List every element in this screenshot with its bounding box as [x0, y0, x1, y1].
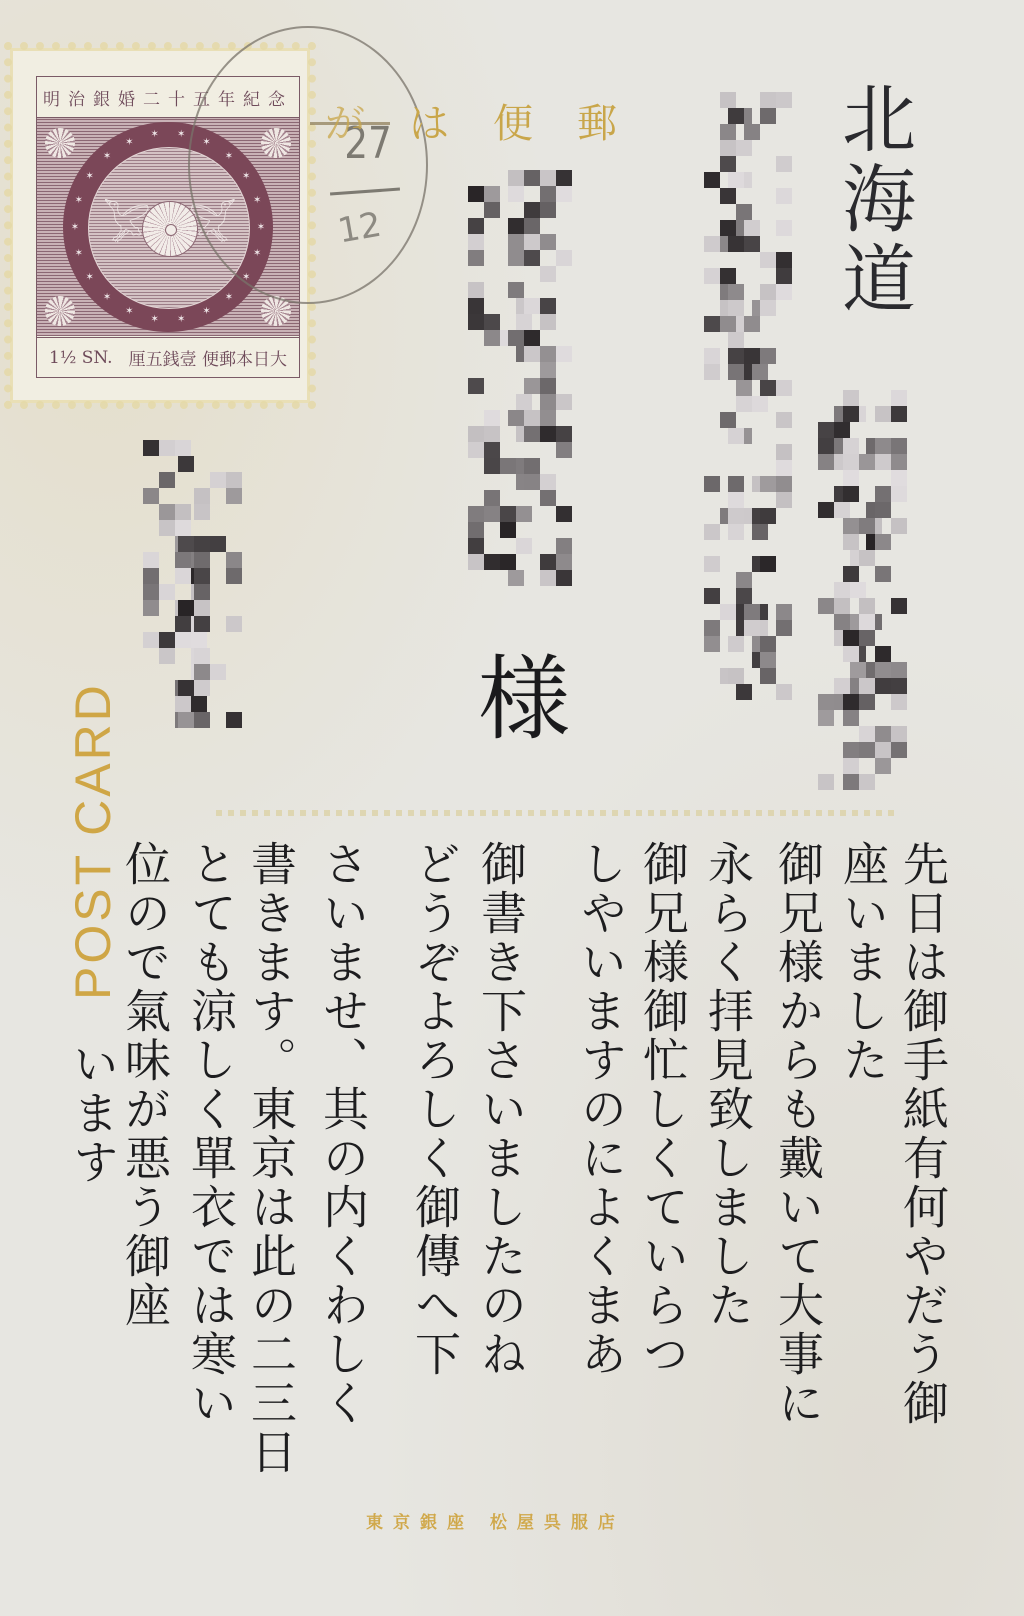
mosaic-pixel: [776, 220, 792, 236]
mosaic-pixel: [704, 588, 720, 604]
mosaic-pixel: [720, 220, 736, 236]
mosaic-pixel: [850, 582, 866, 598]
mosaic-pixel: [744, 316, 760, 332]
mosaic-pixel: [159, 520, 175, 536]
mosaic-pixel: [744, 124, 760, 140]
mosaic-pixel: [891, 662, 907, 678]
header-char: 郵: [577, 92, 617, 149]
star-icon: ✶: [224, 293, 233, 302]
mosaic-pixel: [556, 570, 572, 586]
mosaic-pixel: [556, 506, 572, 522]
mosaic-pixel: [843, 454, 859, 470]
mosaic-pixel: [524, 474, 540, 490]
mosaic-pixel: [859, 550, 875, 566]
mosaic-pixel: [508, 570, 524, 586]
mosaic-pixel: [859, 454, 875, 470]
stamp-denomination-jp: 大日本郵便 壹銭五厘: [129, 345, 287, 370]
mosaic-pixel: [175, 440, 191, 456]
star-icon: ✶: [150, 315, 159, 324]
mosaic-pixel: [508, 186, 524, 202]
mosaic-pixel: [728, 284, 744, 300]
mosaic-pixel: [484, 410, 500, 426]
star-icon: ✶: [125, 307, 134, 316]
mosaic-pixel: [875, 566, 891, 582]
mosaic-pixel: [226, 712, 242, 728]
mosaic-pixel: [210, 472, 226, 488]
mosaic-pixel: [500, 506, 516, 522]
mosaic-pixel: [704, 636, 720, 652]
mosaic-pixel: [776, 188, 792, 204]
mosaic-pixel: [843, 758, 859, 774]
mosaic-pixel: [194, 600, 210, 616]
mosaic-pixel: [818, 710, 834, 726]
printed-header: 郵 便 は が: [325, 92, 617, 149]
mosaic-pixel: [720, 188, 736, 204]
mosaic-pixel: [540, 362, 556, 378]
mosaic-pixel: [194, 488, 210, 504]
mosaic-pixel: [540, 170, 556, 186]
mosaic-pixel: [226, 488, 242, 504]
mosaic-pixel: [178, 680, 194, 696]
mosaic-pixel: [540, 426, 556, 442]
mosaic-pixel: [736, 684, 752, 700]
mosaic-pixel: [508, 330, 524, 346]
mosaic-pixel: [175, 552, 191, 568]
star-icon: ✶: [150, 130, 159, 139]
mosaic-pixel: [484, 458, 500, 474]
mosaic-pixel: [704, 316, 720, 332]
header-char: が: [325, 92, 365, 149]
mosaic-pixel: [468, 234, 484, 250]
mosaic-pixel: [891, 742, 907, 758]
address-message-divider: [210, 810, 900, 816]
mosaic-pixel: [875, 454, 891, 470]
mosaic-pixel: [728, 476, 744, 492]
mosaic-pixel: [720, 604, 736, 620]
recipient-honorific: 様: [450, 650, 582, 742]
mosaic-pixel: [776, 444, 792, 460]
mosaic-pixel: [524, 218, 540, 234]
star-icon: ✶: [74, 249, 83, 258]
mosaic-pixel: [736, 380, 752, 396]
mosaic-pixel: [704, 348, 720, 364]
message-column: 御書き下さいましたのね: [478, 840, 524, 1379]
mosaic-pixel: [744, 604, 760, 620]
message-column: 座いました: [840, 840, 886, 1085]
mosaic-pixel: [226, 472, 242, 488]
mosaic-pixel: [760, 108, 776, 124]
mosaic-pixel: [728, 172, 744, 188]
mosaic-pixel: [704, 524, 720, 540]
mosaic-pixel: [891, 486, 907, 502]
message-column: 位ので氣味が悪う御座: [122, 840, 168, 1330]
mosaic-pixel: [704, 364, 720, 380]
mosaic-pixel: [524, 346, 540, 362]
mosaic-pixel: [720, 156, 736, 172]
mosaic-pixel: [834, 582, 850, 598]
header-char: 便: [493, 92, 533, 149]
mosaic-pixel: [143, 440, 159, 456]
mosaic-pixel: [776, 412, 792, 428]
mosaic-pixel: [875, 534, 891, 550]
message-column: 書きます。東京は此の二三日: [248, 840, 294, 1477]
mosaic-pixel: [760, 252, 776, 268]
mosaic-pixel: [818, 502, 834, 518]
printer-imprint: 東京銀座 松屋呉服店: [366, 1508, 625, 1533]
star-icon: ✶: [85, 172, 94, 181]
mosaic-pixel: [508, 282, 524, 298]
mosaic-pixel: [468, 426, 484, 442]
mosaic-pixel: [175, 696, 191, 712]
mosaic-pixel: [776, 620, 792, 636]
mosaic-pixel: [540, 234, 556, 250]
imperial-chrysanthemum-icon: [142, 201, 198, 257]
mosaic-pixel: [556, 394, 572, 410]
mosaic-pixel: [556, 186, 572, 202]
address-prefecture: 北海道: [820, 80, 926, 320]
mosaic-pixel: [850, 662, 866, 678]
mosaic-pixel: [728, 428, 744, 444]
mosaic-pixel: [524, 330, 540, 346]
mosaic-pixel: [875, 726, 891, 742]
message-column: しやいますのによくまあ: [578, 840, 624, 1379]
mosaic-pixel: [891, 518, 907, 534]
mosaic-pixel: [191, 696, 207, 712]
mosaic-pixel: [468, 506, 484, 522]
mosaic-pixel: [704, 556, 720, 572]
mosaic-pixel: [760, 300, 776, 316]
mosaic-pixel: [468, 218, 484, 234]
mosaic-pixel: [178, 600, 194, 616]
mosaic-pixel: [776, 460, 792, 476]
mosaic-pixel: [540, 202, 556, 218]
mosaic-pixel: [843, 694, 859, 710]
mosaic-pixel: [484, 554, 500, 570]
mosaic-pixel: [776, 252, 792, 268]
star-icon: ✶: [103, 293, 112, 302]
mosaic-pixel: [194, 568, 210, 584]
mosaic-pixel: [194, 616, 210, 632]
stamp-denomination-latin: 1½ SN.: [49, 348, 113, 368]
mosaic-pixel: [540, 570, 556, 586]
mosaic-pixel: [752, 364, 768, 380]
mosaic-pixel: [891, 454, 907, 470]
mosaic-pixel: [843, 486, 859, 502]
mosaic-pixel: [143, 584, 159, 600]
mosaic-pixel: [704, 620, 720, 636]
mosaic-pixel: [859, 742, 875, 758]
mosaic-pixel: [508, 170, 524, 186]
mosaic-pixel: [540, 378, 556, 394]
mosaic-pixel: [843, 630, 859, 646]
chrysanthemum-icon: [45, 128, 75, 158]
mosaic-pixel: [524, 170, 540, 186]
mosaic-pixel: [891, 406, 907, 422]
mosaic-pixel: [744, 348, 760, 364]
mosaic-pixel: [484, 202, 500, 218]
mosaic-pixel: [776, 156, 792, 172]
mosaic-pixel: [843, 646, 859, 662]
mosaic-pixel: [776, 684, 792, 700]
message-column: 御兄様からも戴いて大事に: [775, 840, 821, 1428]
mosaic-pixel: [875, 406, 891, 422]
mosaic-pixel: [776, 284, 792, 300]
mosaic-pixel: [843, 470, 859, 486]
mosaic-pixel: [556, 538, 572, 554]
mosaic-pixel: [818, 694, 834, 710]
mosaic-pixel: [875, 646, 891, 662]
mosaic-pixel: [891, 438, 907, 454]
star-icon: ✶: [85, 273, 94, 282]
mosaic-pixel: [891, 726, 907, 742]
mosaic-pixel: [891, 390, 907, 406]
mosaic-pixel: [859, 678, 875, 694]
star-icon: ✶: [71, 223, 80, 232]
mosaic-pixel: [226, 552, 242, 568]
mosaic-pixel: [728, 236, 744, 252]
mosaic-pixel: [191, 632, 207, 648]
mosaic-pixel: [891, 694, 907, 710]
mosaic-pixel: [891, 598, 907, 614]
postcard: 明治銀婚二十五年紀念 𓅯 𓅯 ✶✶✶✶✶✶✶✶✶✶✶✶✶✶✶✶✶✶✶✶✶✶ 1½…: [0, 0, 1024, 1616]
mosaic-pixel: [728, 492, 744, 508]
mosaic-pixel: [524, 202, 540, 218]
mosaic-pixel: [760, 636, 776, 652]
mosaic-pixel: [484, 314, 500, 330]
mosaic-pixel: [720, 412, 736, 428]
mosaic-pixel: [556, 554, 572, 570]
mosaic-pixel: [226, 616, 242, 632]
mosaic-pixel: [524, 298, 540, 314]
mosaic-pixel: [744, 220, 760, 236]
mosaic-pixel: [736, 588, 752, 604]
mosaic-pixel: [175, 520, 191, 536]
mosaic-pixel: [194, 680, 210, 696]
mosaic-pixel: [760, 284, 776, 300]
mosaic-pixel: [524, 234, 540, 250]
star-icon: ✶: [177, 130, 186, 139]
mosaic-pixel: [843, 438, 859, 454]
mosaic-pixel: [720, 124, 736, 140]
mosaic-pixel: [704, 476, 720, 492]
mosaic-pixel: [524, 410, 540, 426]
mosaic-pixel: [556, 426, 572, 442]
mosaic-pixel: [500, 522, 516, 538]
mosaic-pixel: [843, 774, 859, 790]
header-char: は: [409, 92, 449, 149]
mosaic-pixel: [818, 422, 834, 438]
mosaic-pixel: [752, 396, 768, 412]
mosaic-pixel: [540, 410, 556, 426]
mosaic-pixel: [556, 346, 572, 362]
mosaic-pixel: [818, 598, 834, 614]
mosaic-pixel: [524, 250, 540, 266]
mosaic-pixel: [159, 584, 175, 600]
mosaic-pixel: [720, 268, 736, 284]
mosaic-pixel: [843, 710, 859, 726]
mosaic-pixel: [540, 474, 556, 490]
mosaic-pixel: [744, 620, 760, 636]
message-column: 永らく拝見致しました: [705, 840, 751, 1330]
mosaic-pixel: [143, 632, 159, 648]
mosaic-pixel: [540, 394, 556, 410]
mosaic-pixel: [752, 524, 768, 540]
mosaic-pixel: [175, 616, 191, 632]
mosaic-pixel: [524, 426, 540, 442]
mosaic-pixel: [736, 140, 752, 156]
mosaic-pixel: [760, 668, 776, 684]
mosaic-pixel: [859, 630, 875, 646]
mosaic-pixel: [728, 524, 744, 540]
mosaic-pixel: [210, 536, 226, 552]
mosaic-pixel: [818, 454, 834, 470]
postmark-month: 12: [335, 205, 385, 252]
mosaic-pixel: [760, 348, 776, 364]
mosaic-pixel: [728, 364, 744, 380]
mosaic-pixel: [194, 712, 210, 728]
mosaic-pixel: [516, 314, 532, 330]
mosaic-pixel: [859, 614, 875, 630]
mosaic-pixel: [159, 632, 175, 648]
postmark-circle: [188, 26, 428, 304]
mosaic-pixel: [556, 442, 572, 458]
mosaic-pixel: [728, 332, 744, 348]
mosaic-pixel: [720, 316, 736, 332]
mosaic-pixel: [540, 314, 556, 330]
mosaic-pixel: [175, 504, 191, 520]
star-icon: ✶: [177, 315, 186, 324]
mosaic-pixel: [484, 490, 500, 506]
mosaic-pixel: [859, 694, 875, 710]
mosaic-pixel: [728, 668, 744, 684]
mosaic-pixel: [728, 636, 744, 652]
mosaic-pixel: [524, 378, 540, 394]
mosaic-pixel: [194, 504, 210, 520]
mosaic-pixel: [143, 568, 159, 584]
mosaic-pixel: [468, 186, 484, 202]
mosaic-pixel: [760, 92, 776, 108]
mosaic-pixel: [468, 314, 484, 330]
mosaic-pixel: [818, 774, 834, 790]
mosaic-pixel: [875, 502, 891, 518]
mosaic-pixel: [891, 470, 907, 486]
mosaic-pixel: [159, 440, 175, 456]
mosaic-pixel: [484, 330, 500, 346]
mosaic-pixel: [178, 712, 194, 728]
mosaic-pixel: [776, 268, 792, 284]
mosaic-pixel: [875, 758, 891, 774]
mosaic-pixel: [194, 552, 210, 568]
mosaic-pixel: [760, 508, 776, 524]
mosaic-pixel: [516, 394, 532, 410]
mosaic-pixel: [178, 456, 194, 472]
mosaic-pixel: [468, 522, 484, 538]
mosaic-pixel: [891, 678, 907, 694]
mosaic-pixel: [194, 664, 210, 680]
mosaic-pixel: [728, 348, 744, 364]
mosaic-pixel: [843, 518, 859, 534]
mosaic-pixel: [175, 568, 191, 584]
mosaic-pixel: [859, 774, 875, 790]
mosaic-pixel: [760, 476, 776, 492]
mosaic-pixel: [776, 92, 792, 108]
mosaic-pixel: [760, 380, 776, 396]
mosaic-pixel: [843, 406, 859, 422]
mosaic-pixel: [744, 236, 760, 252]
mosaic-pixel: [159, 472, 175, 488]
mosaic-pixel: [508, 410, 524, 426]
mosaic-pixel: [834, 614, 850, 630]
mosaic-pixel: [143, 552, 159, 568]
mosaic-pixel: [194, 648, 210, 664]
mosaic-pixel: [843, 742, 859, 758]
mosaic-pixel: [776, 604, 792, 620]
mosaic-pixel: [875, 662, 891, 678]
mosaic-pixel: [194, 584, 210, 600]
mosaic-pixel: [760, 556, 776, 572]
mosaic-pixel: [736, 572, 752, 588]
mosaic-pixel: [175, 632, 191, 648]
mosaic-pixel: [728, 508, 744, 524]
message-column: 御兄様御忙しくていらつ: [640, 840, 686, 1379]
star-icon: ✶: [202, 307, 211, 316]
mosaic-pixel: [736, 204, 752, 220]
message-column: 先日は御手紙有何やだう御: [900, 840, 946, 1428]
mosaic-pixel: [540, 186, 556, 202]
mosaic-pixel: [468, 442, 484, 458]
mosaic-pixel: [834, 598, 850, 614]
mosaic-pixel: [540, 346, 556, 362]
mosaic-pixel: [540, 554, 556, 570]
mosaic-pixel: [556, 170, 572, 186]
mosaic-pixel: [540, 266, 556, 282]
mosaic-pixel: [468, 298, 484, 314]
star-icon: ✶: [74, 196, 83, 205]
mosaic-pixel: [704, 172, 720, 188]
mosaic-pixel: [875, 742, 891, 758]
mosaic-pixel: [468, 250, 484, 266]
message-column: とても涼しく單衣では寒い: [188, 840, 234, 1428]
mosaic-pixel: [468, 378, 484, 394]
mosaic-pixel: [226, 568, 242, 584]
mosaic-pixel: [159, 648, 175, 664]
mosaic-pixel: [736, 396, 752, 412]
mosaic-pixel: [524, 458, 540, 474]
mosaic-pixel: [508, 234, 524, 250]
star-icon: ✶: [103, 152, 112, 161]
mosaic-pixel: [776, 492, 792, 508]
mosaic-pixel: [508, 250, 524, 266]
mosaic-pixel: [818, 438, 834, 454]
mosaic-pixel: [484, 442, 500, 458]
mosaic-pixel: [468, 282, 484, 298]
message-column: さいませ、其の内くわしく: [320, 840, 366, 1428]
mosaic-pixel: [875, 678, 891, 694]
mosaic-pixel: [859, 518, 875, 534]
mosaic-pixel: [704, 236, 720, 252]
mosaic-pixel: [484, 506, 500, 522]
mosaic-pixel: [556, 250, 572, 266]
mosaic-pixel: [859, 726, 875, 742]
mosaic-pixel: [178, 536, 194, 552]
mosaic-pixel: [484, 186, 500, 202]
star-icon: ✶: [125, 138, 134, 147]
mosaic-pixel: [875, 486, 891, 502]
mosaic-pixel: [468, 538, 484, 554]
stamp-bottom: 1½ SN. 大日本郵便 壹銭五厘: [37, 337, 299, 377]
mosaic-pixel: [704, 268, 720, 284]
mosaic-pixel: [728, 108, 744, 124]
